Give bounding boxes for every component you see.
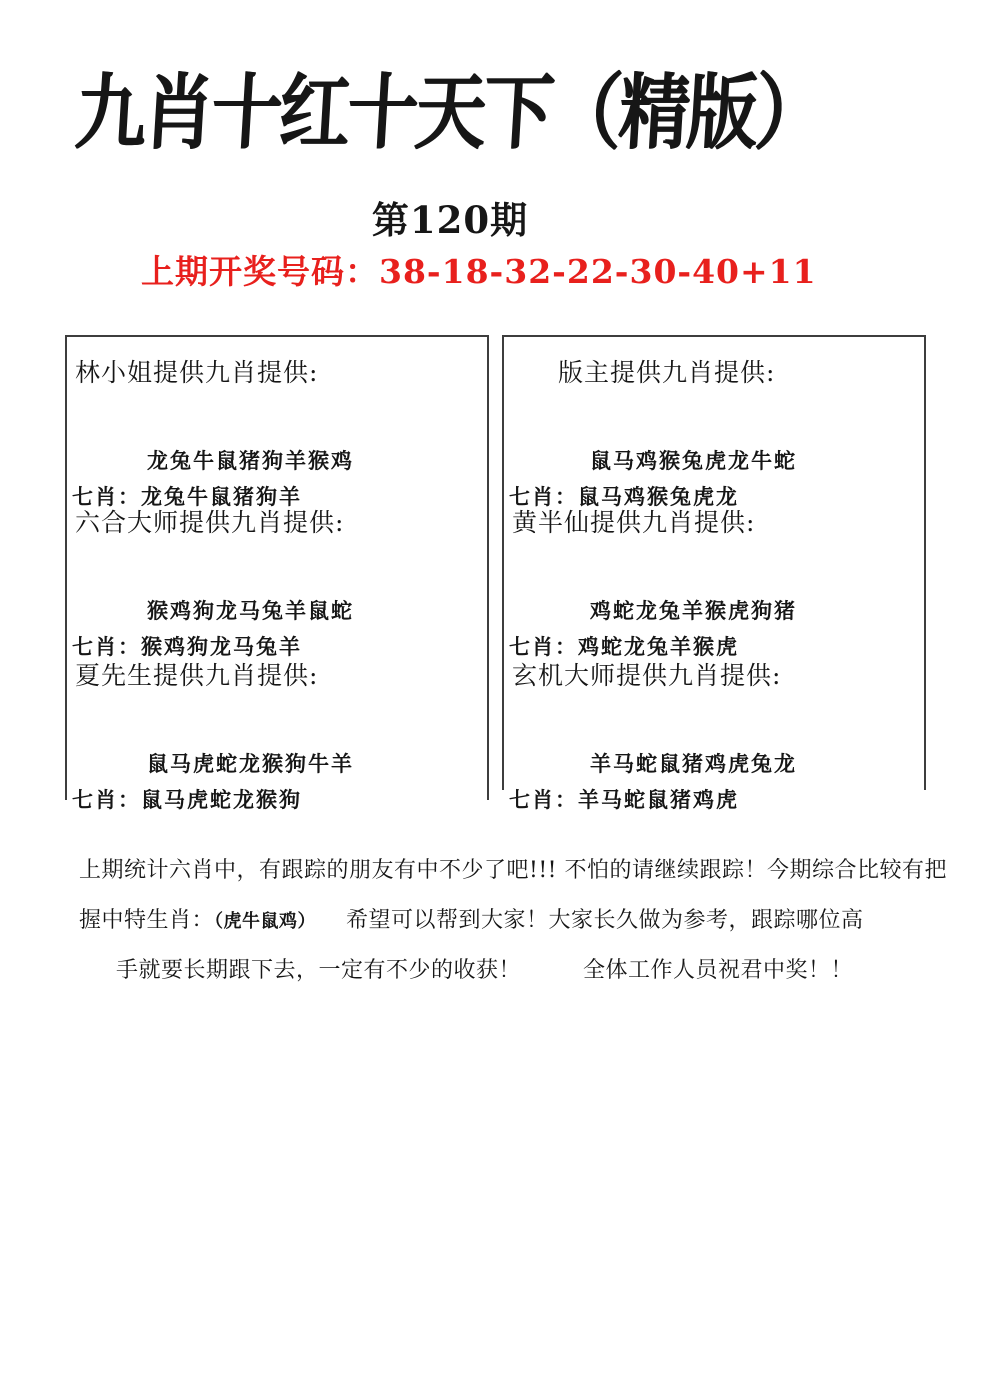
provider-header: 六合大师提供九肖提供: (67, 503, 487, 539)
footer-special-zodiac-picks: （虎牛鼠鸡） (214, 911, 316, 932)
footer-line-1: 上期统计六肖中，有跟踪的朋友有中不少了吧!!! 不怕的请继续跟踪！今期综合比较有… (79, 853, 947, 884)
page-title-text: 九肖十红十天下（精版） (73, 48, 827, 165)
page-title: 九肖十红十天下（精版） (0, 48, 900, 165)
issue-number: 第120期 (0, 190, 900, 244)
prediction-block: 林小姐提供九肖提供: 龙兔牛鼠猪狗羊猴鸡 七肖：龙兔牛鼠猪狗羊 (67, 353, 487, 511)
provider-header: 黄半仙提供九肖提供: (504, 503, 924, 539)
prediction-block: 六合大师提供九肖提供: 猴鸡狗龙马兔羊鼠蛇 七肖：猴鸡狗龙马兔羊 (67, 503, 487, 661)
nine-zodiac-line: 鸡蛇龙兔羊猴虎狗猪 (504, 595, 924, 625)
prediction-block: 黄半仙提供九肖提供: 鸡蛇龙兔羊猴虎狗猪 七肖：鸡蛇龙兔羊猴虎 (504, 503, 924, 661)
nine-zodiac-line: 龙兔牛鼠猪狗羊猴鸡 (67, 445, 487, 475)
provider-header: 玄机大师提供九肖提供: (504, 656, 924, 692)
last-draw-line: 上期开奖号码：38-18-32-22-30-40+11 (141, 246, 817, 293)
prediction-block: 夏先生提供九肖提供: 鼠马虎蛇龙猴狗牛羊 七肖：鼠马虎蛇龙猴狗 (67, 656, 487, 814)
last-draw-label: 上期开奖号码： (141, 252, 379, 291)
prediction-block: 版主提供九肖提供: 鼠马鸡猴兔虎龙牛蛇 七肖：鼠马鸡猴兔虎龙 (504, 353, 924, 511)
footer-line-3: 手就要长期跟下去，一定有不少的收获！全体工作人员祝君中奖！！ (116, 953, 853, 984)
footer-line-3-right: 全体工作人员祝君中奖！！ (583, 958, 853, 983)
nine-zodiac-line: 羊马蛇鼠猪鸡虎兔龙 (504, 748, 924, 778)
footer-line-3-left: 手就要长期跟下去，一定有不少的收获！ (116, 958, 521, 983)
predictions-column-left: 林小姐提供九肖提供: 龙兔牛鼠猪狗羊猴鸡 七肖：龙兔牛鼠猪狗羊 六合大师提供九肖… (65, 335, 489, 800)
last-draw-numbers: 38-18-32-22-30-40+11 (379, 252, 817, 291)
seven-zodiac-line: 七肖：鼠马虎蛇龙猴狗 (67, 784, 487, 814)
nine-zodiac-line: 鼠马鸡猴兔虎龙牛蛇 (504, 445, 924, 475)
scanned-lottery-sheet: 九肖十红十天下（精版） 第120期 上期开奖号码：38-18-32-22-30-… (0, 0, 981, 1388)
provider-header: 林小姐提供九肖提供: (67, 353, 487, 389)
footer-line-2-rest: 希望可以帮到大家！大家长久做为参考，跟踪哪位高 (346, 908, 864, 933)
nine-zodiac-line: 猴鸡狗龙马兔羊鼠蛇 (67, 595, 487, 625)
seven-zodiac-line: 七肖：羊马蛇鼠猪鸡虎 (504, 784, 924, 814)
provider-header: 夏先生提供九肖提供: (67, 656, 487, 692)
footer-line-2: 握中特生肖：（虎牛鼠鸡）希望可以帮到大家！大家长久做为参考，跟踪哪位高 (79, 903, 864, 934)
nine-zodiac-line: 鼠马虎蛇龙猴狗牛羊 (67, 748, 487, 778)
prediction-block: 玄机大师提供九肖提供: 羊马蛇鼠猪鸡虎兔龙 七肖：羊马蛇鼠猪鸡虎 (504, 656, 924, 814)
footer-special-zodiac-label: 握中特生肖： (79, 908, 214, 933)
provider-header: 版主提供九肖提供: (504, 353, 924, 389)
predictions-column-right: 版主提供九肖提供: 鼠马鸡猴兔虎龙牛蛇 七肖：鼠马鸡猴兔虎龙 黄半仙提供九肖提供… (502, 335, 926, 790)
